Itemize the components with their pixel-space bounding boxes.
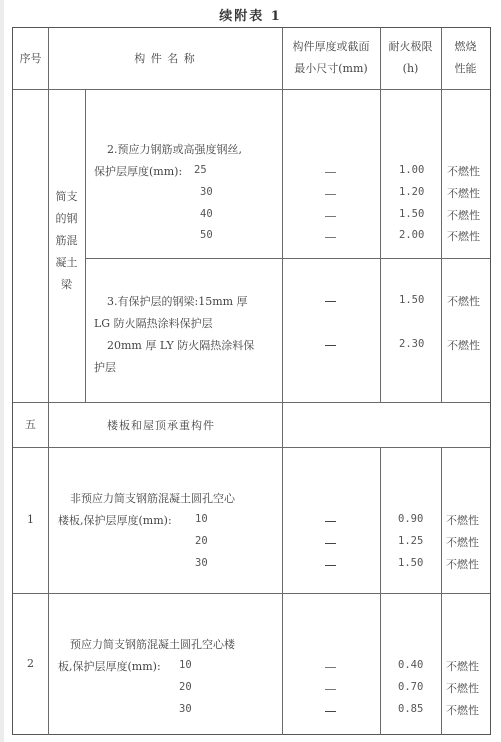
- fire-limit: 0.70: [398, 681, 423, 693]
- col-divider-fire-a: [441, 28, 442, 402]
- col-divider-thickness-a: [380, 28, 381, 402]
- thickness-dash: [325, 345, 336, 346]
- fire-limit: 1.50: [399, 294, 424, 306]
- subcategory-line: 的钢: [48, 208, 85, 230]
- row-divider-section5: [13, 402, 490, 403]
- row2-cover: 20: [179, 681, 192, 693]
- item3-b-line2: 护层: [94, 359, 116, 375]
- item2-cover: 30: [200, 186, 213, 198]
- item3-a-line1: 3.有保护层的钢梁:15mm 厚: [107, 293, 248, 309]
- fire-limit: 2.00: [399, 229, 424, 241]
- burn-rating: 不燃性: [447, 228, 480, 244]
- row1-line1: 非预应力简支钢筋混凝土圆孔空心: [70, 490, 235, 506]
- item2-cover: 50: [200, 229, 213, 241]
- item2-line1: 2.预应力钢筋或高强度钢丝,: [107, 141, 242, 157]
- burn-rating: 不燃性: [447, 337, 480, 353]
- burn-rating: 不燃性: [446, 680, 479, 696]
- section5-index: 五: [13, 402, 48, 447]
- thickness-dash: [325, 216, 336, 217]
- row1-line2-prefix: 楼板,保护层厚度(mm):: [58, 512, 172, 528]
- item3-b-line1: 20mm 厚 LY 防火隔热涂料保: [107, 337, 254, 353]
- burn-rating: 不燃性: [446, 658, 479, 674]
- col-divider-name: [282, 28, 283, 735]
- item2-cover: 40: [200, 208, 213, 220]
- burn-rating: 不燃性: [447, 293, 480, 309]
- table-title: 续附表 1: [0, 5, 501, 24]
- header-burn: 燃烧 性能: [441, 36, 490, 80]
- header-burn-line2: 性能: [441, 58, 490, 80]
- header-fire-line1: 耐火极限: [380, 36, 441, 58]
- header-bottom-line: [13, 89, 490, 90]
- row2-cover: 30: [179, 703, 192, 715]
- subcategory-line: 凝土: [48, 252, 85, 274]
- item2-line2-prefix: 保护层厚度(mm):: [94, 163, 182, 179]
- thickness-dash: [325, 689, 336, 690]
- row1-cover: 20: [195, 535, 208, 547]
- row2-index: 2: [13, 593, 48, 735]
- fire-limit: 1.50: [399, 208, 424, 220]
- header-burn-line1: 燃烧: [441, 36, 490, 58]
- subcategory-line: 简支: [48, 186, 85, 208]
- row1-cover: 30: [195, 557, 208, 569]
- header-fire-line2: (h): [380, 58, 441, 80]
- thickness-dash: [325, 301, 336, 302]
- row2-line1: 预应力简支钢筋混凝土圆孔空心楼: [70, 636, 235, 652]
- thickness-dash: [325, 237, 336, 238]
- fire-limit: 0.90: [398, 513, 423, 525]
- burn-rating: 不燃性: [446, 512, 479, 528]
- row-divider-item2-item3: [85, 258, 490, 259]
- header-thickness-line1: 构件厚度或截面: [282, 36, 380, 58]
- row1-index: 1: [13, 447, 48, 593]
- row-divider-row1: [13, 447, 490, 448]
- col-divider-subcategory: [85, 89, 86, 402]
- fire-limit: 1.20: [399, 186, 424, 198]
- col-divider-fire-b: [441, 447, 442, 735]
- header-index: 序号: [13, 28, 48, 89]
- subcategory-line: 筋混: [48, 230, 85, 252]
- section5-title: 楼板和屋顶承重构件: [107, 417, 215, 433]
- row-divider-row2: [13, 593, 490, 594]
- burn-rating: 不燃性: [447, 207, 480, 223]
- fire-limit: 1.50: [398, 557, 423, 569]
- col-divider-thickness-b: [380, 447, 381, 735]
- row1-cover: 10: [195, 513, 208, 525]
- page-edge: [0, 0, 4, 742]
- burn-rating: 不燃性: [446, 702, 479, 718]
- header-name: 构 件 名 称: [48, 28, 282, 89]
- thickness-dash: [325, 194, 336, 195]
- fire-limit: 0.40: [398, 659, 423, 671]
- fire-limit: 1.00: [399, 164, 424, 176]
- thickness-dash: [325, 565, 336, 566]
- row2-line2-prefix: 板,保护层厚度(mm):: [58, 658, 161, 674]
- thickness-dash: [325, 543, 336, 544]
- burn-rating: 不燃性: [447, 163, 480, 179]
- thickness-dash: [325, 711, 336, 712]
- fire-limit: 0.85: [398, 703, 423, 715]
- fire-limit: 1.25: [398, 535, 423, 547]
- subcategory-line: 梁: [48, 274, 85, 296]
- subcategory-label: 简支 的钢 筋混 凝土 梁: [48, 186, 85, 296]
- burn-rating: 不燃性: [446, 556, 479, 572]
- thickness-dash: [325, 521, 336, 522]
- header-thickness-line2: 最小尺寸(mm): [282, 58, 380, 80]
- item2-cover: 25: [194, 164, 207, 176]
- row2-cover: 10: [179, 659, 192, 671]
- header-thickness: 构件厚度或截面 最小尺寸(mm): [282, 36, 380, 80]
- fire-limit: 2.30: [399, 338, 424, 350]
- header-fire-limit: 耐火极限 (h): [380, 36, 441, 80]
- thickness-dash: [325, 172, 336, 173]
- fire-resistance-table: 序号 构 件 名 称 构件厚度或截面 最小尺寸(mm) 耐火极限 (h) 燃烧 …: [12, 27, 491, 735]
- burn-rating: 不燃性: [447, 185, 480, 201]
- thickness-dash: [325, 667, 336, 668]
- item3-a-line2: LG 防火隔热涂料保护层: [94, 315, 213, 331]
- burn-rating: 不燃性: [446, 534, 479, 550]
- col-divider-index: [48, 28, 49, 735]
